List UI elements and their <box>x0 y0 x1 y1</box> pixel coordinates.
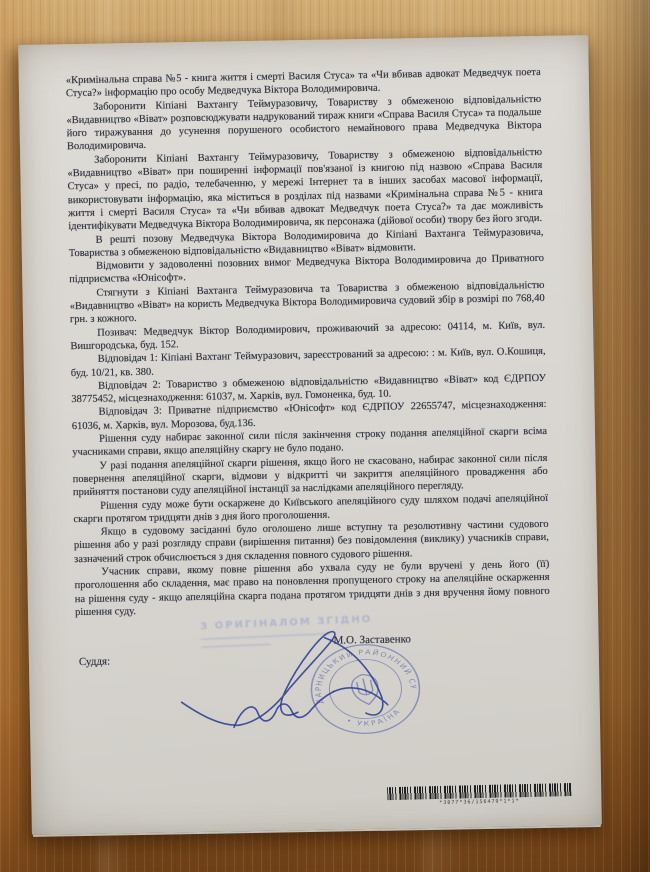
barcode: *3077*36/156479*1*1* <box>387 783 571 807</box>
body-paragraph: Заборонити Кіпіані Вахтангу Теймуразович… <box>67 146 543 234</box>
body-paragraph: Заборонити Кіпіані Вахтангу Теймуразович… <box>66 93 542 154</box>
judge-label: Суддя: <box>79 656 110 669</box>
photo-of-court-document: «Кримінальна справа №5 - книга життя і с… <box>0 0 650 872</box>
body-paragraph: Учасник справи, якому повне рішення або … <box>74 558 550 619</box>
document-body: «Кримінальна справа №5 - книга життя і с… <box>18 35 598 620</box>
court-decision-page: «Кримінальна справа №5 - книга життя і с… <box>18 35 602 835</box>
judge-signature <box>174 624 400 752</box>
